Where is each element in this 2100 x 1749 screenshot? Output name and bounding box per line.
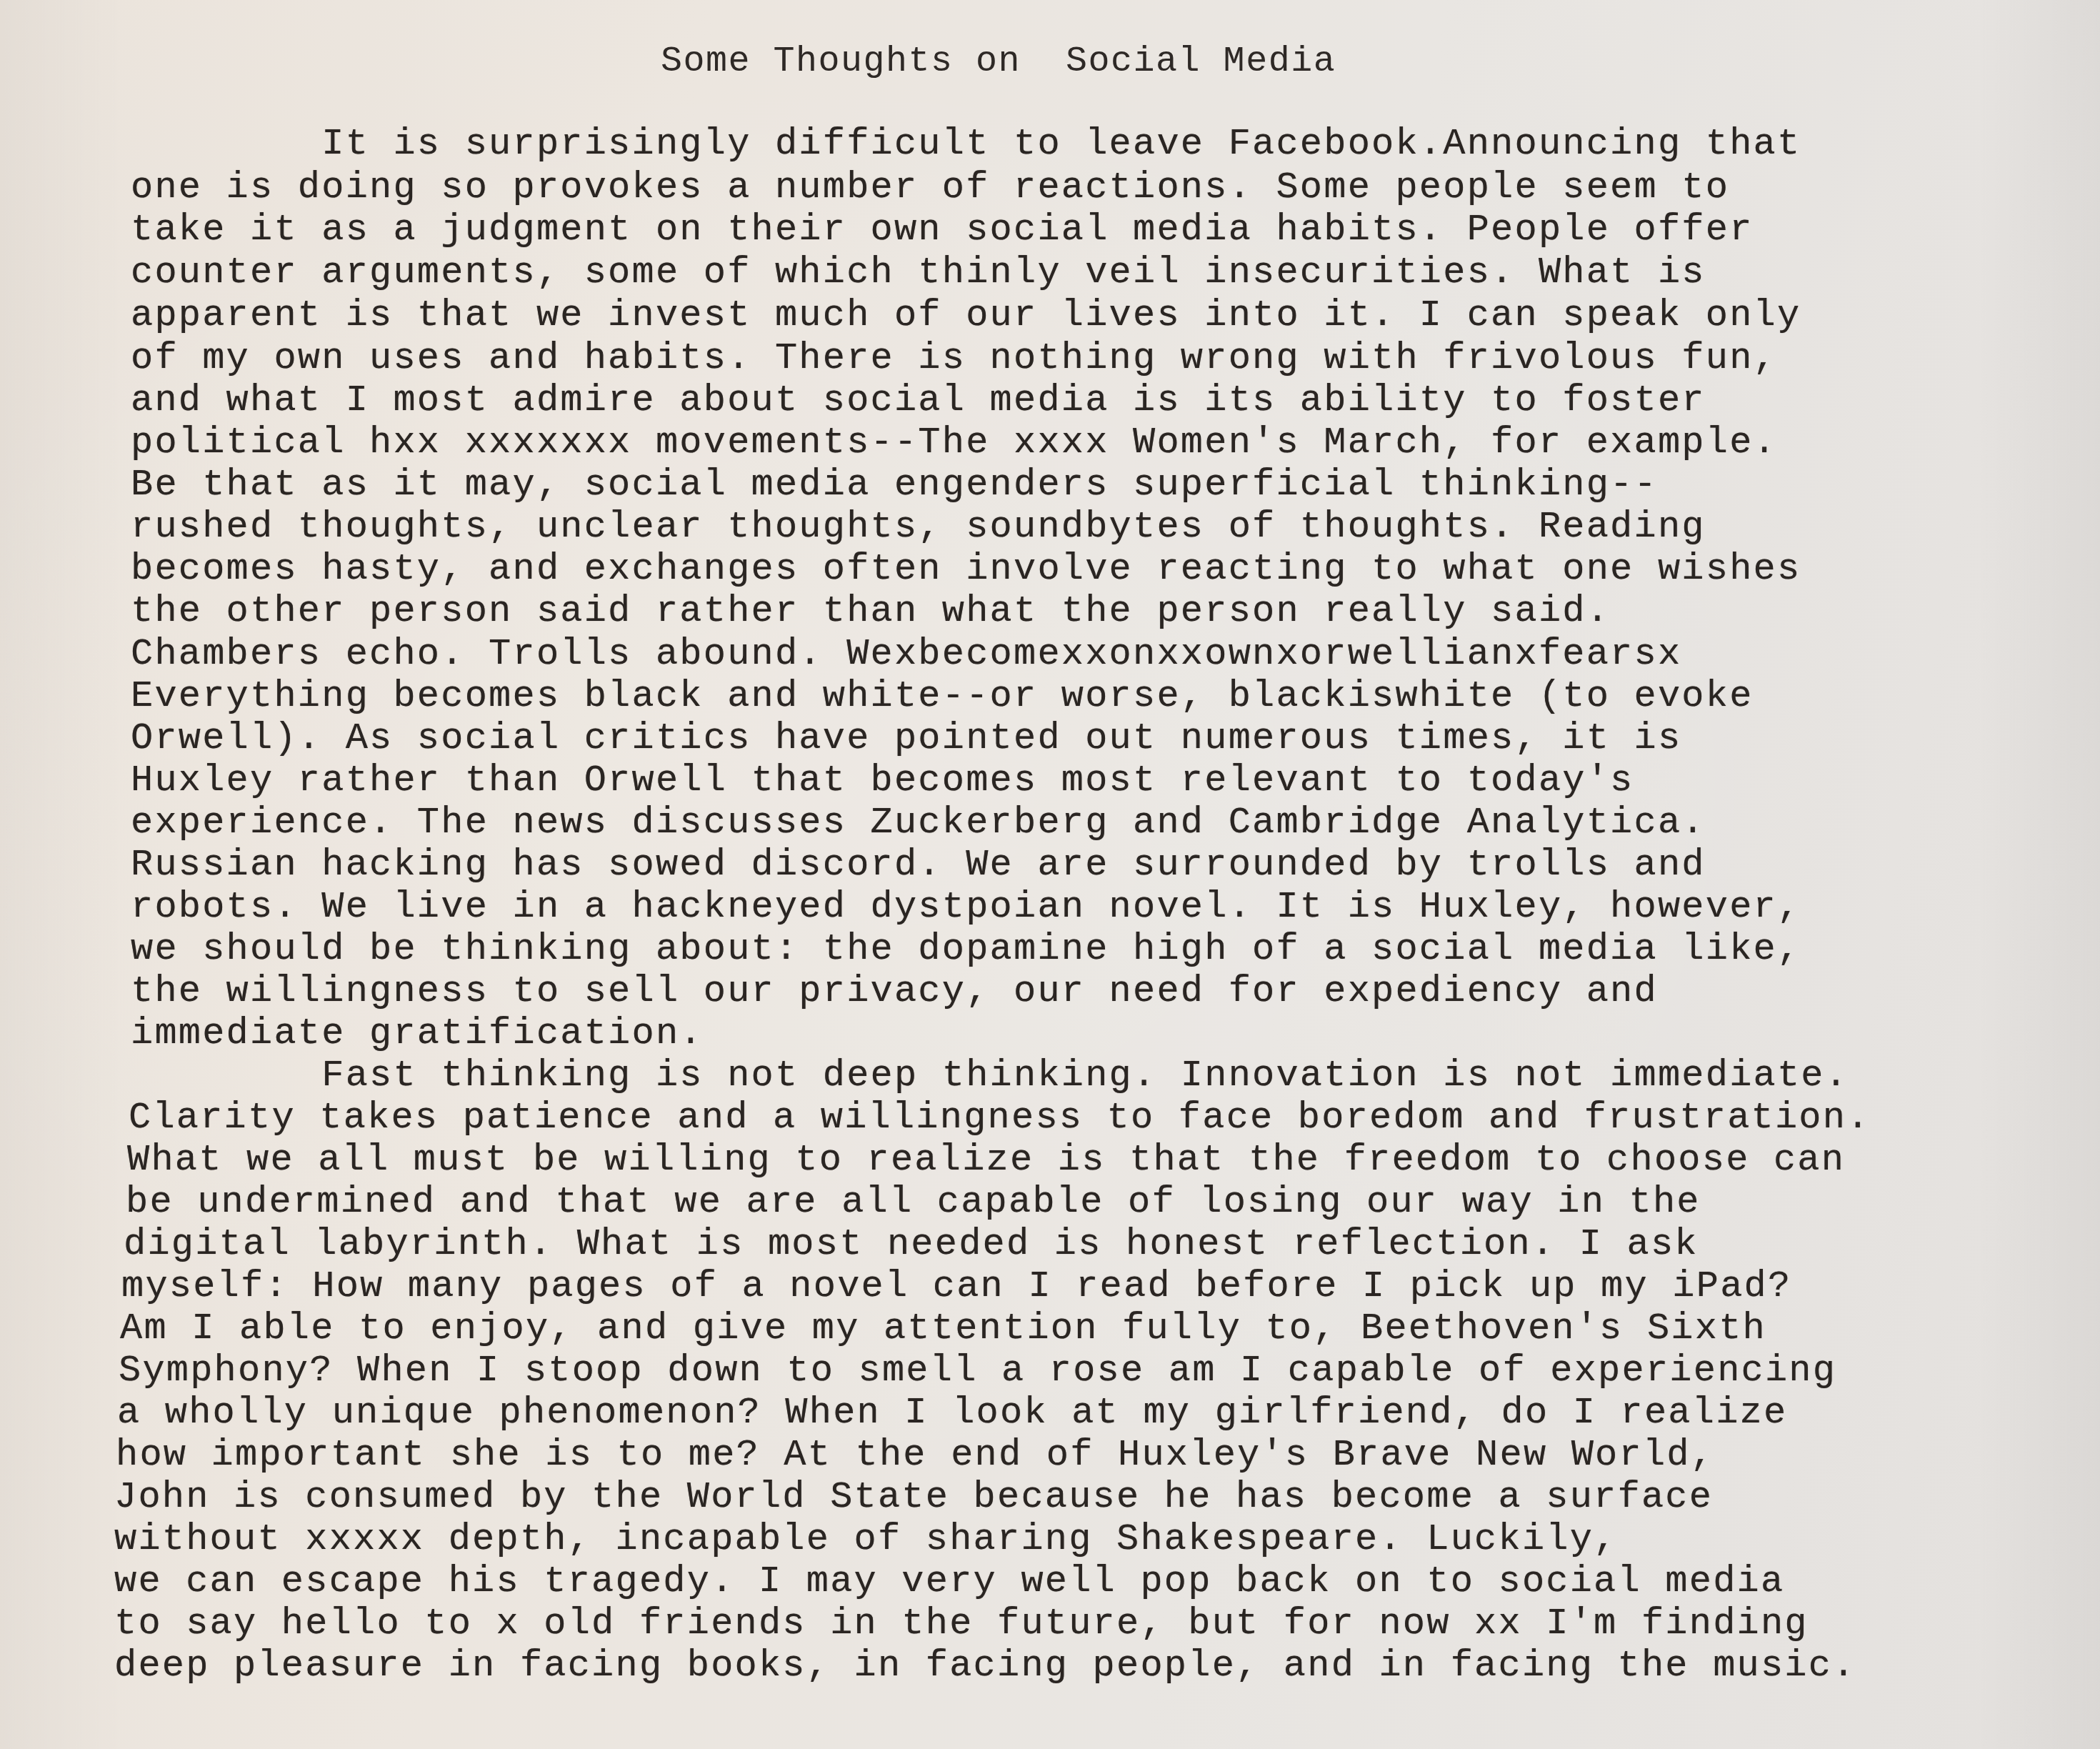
paragraph-2-line-11: John is consumed by the World State beca… [114,1479,1713,1516]
paragraph-2-line-4: be undermined and that we are all capabl… [126,1184,1701,1221]
paragraph-2-line-3: What we all must be willing to realize i… [127,1142,1845,1179]
paragraph-1-line-8: political hxx xxxxxxx movements--The xxx… [131,424,1777,462]
paragraph-1-line-5: apparent is that we invest much of our l… [131,297,1801,334]
typed-page: Some Thoughts on Social Media It is surp… [0,0,2100,1749]
paragraph-2-line-15: deep pleasure in facing books, in facing… [114,1648,1856,1685]
paragraph-1-line-19: robots. We live in a hackneyed dystpoian… [131,889,1801,926]
paragraph-2-line-6: myself: How many pages of a novel can I … [121,1268,1791,1305]
paragraph-2-line-5: digital labyrinth. What is most needed i… [124,1226,1699,1263]
paragraph-1-line-9: Be that as it may, social media engender… [131,467,1658,504]
paragraph-1-line-3: take it as a judgment on their own socia… [131,211,1754,249]
paragraph-1-line-15: Orwell). As social critics have pointed … [131,720,1681,757]
paragraph-2-line-1: Fast thinking is not deep thinking. Inno… [131,1057,1849,1095]
paragraph-1-line-21: the willingness to sell our privacy, our… [131,973,1658,1010]
paragraph-2-line-12: without xxxxx depth, incapable of sharin… [114,1521,1618,1558]
paragraph-1-line-16: Huxley rather than Orwell that becomes m… [131,762,1634,799]
paragraph-1-line-7: and what I most admire about social medi… [131,382,1706,419]
paragraph-1-line-17: experience. The news discusses Zuckerber… [131,804,1706,842]
document-title: Some Thoughts on Social Media [661,41,1336,82]
paragraph-2-line-14: to say hello to x old friends in the fut… [114,1605,1809,1643]
paragraph-2-line-9: a wholly unique phenomenon? When I look … [117,1395,1787,1432]
paragraph-1-line-18: Russian hacking has sowed discord. We ar… [131,847,1706,884]
paragraph-2-line-7: Am I able to enjoy, and give my attentio… [120,1310,1766,1347]
paragraph-1-line-6: of my own uses and habits. There is noth… [131,340,1777,377]
paragraph-1-line-1: It is surprisingly difficult to leave Fa… [131,126,1801,163]
paragraph-1-line-4: counter arguments, some of which thinly … [131,254,1706,291]
paragraph-1-line-14: Everything becomes black and white--or w… [131,678,1754,715]
paragraph-2-line-10: how important she is to me? At the end o… [116,1437,1714,1474]
paragraph-2-line-2: Clarity takes patience and a willingness… [129,1100,1871,1137]
paragraph-2-line-8: Symphony? When I stoop down to smell a r… [119,1352,1836,1390]
paragraph-1-line-22: immediate gratification. [131,1015,704,1052]
paragraph-2-line-13: we can escape his tragedy. I may very we… [114,1563,1784,1600]
paragraph-1-line-12: the other person said rather than what t… [131,593,1610,630]
paragraph-1-line-2: one is doing so provokes a number of rea… [131,169,1729,206]
paragraph-1-line-13: Chambers echo. Trolls abound. Wexbecomex… [131,636,1681,673]
paragraph-1-line-10: rushed thoughts, unclear thoughts, sound… [131,509,1706,546]
paragraph-1-line-11: becomes hasty, and exchanges often invol… [131,551,1801,588]
paragraph-1-line-20: we should be thinking about: the dopamin… [131,931,1801,968]
